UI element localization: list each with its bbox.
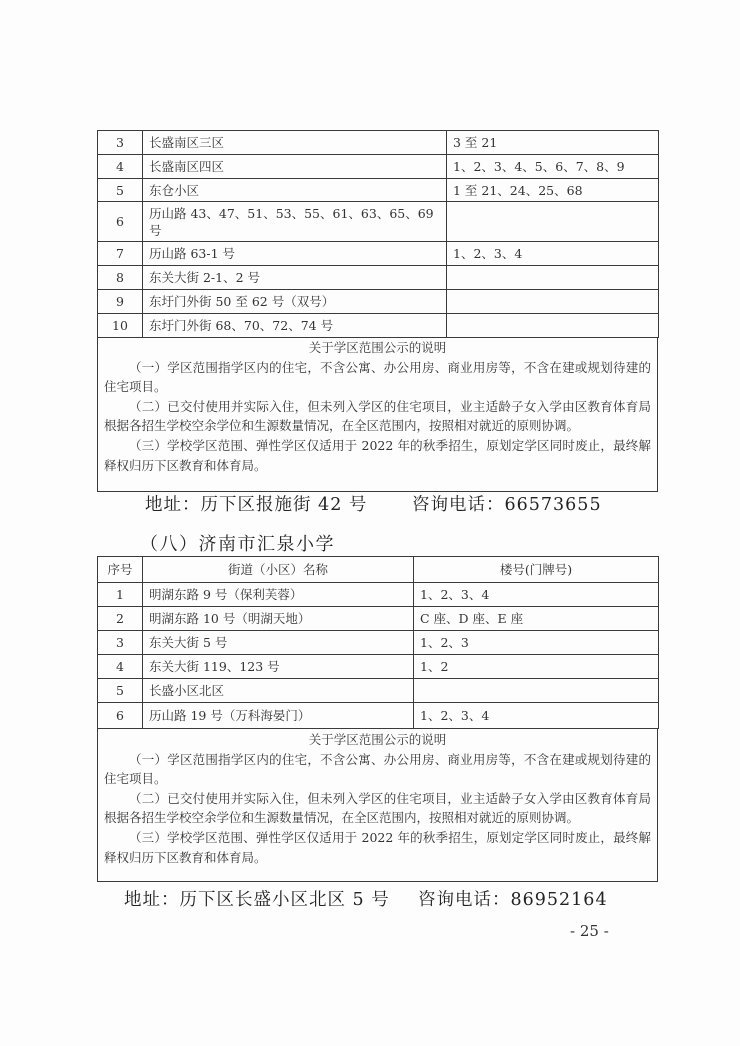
table-row: 1 明湖东路 9 号（保利芙蓉） 1、2、3、4: [98, 583, 659, 607]
building-numbers: [447, 290, 659, 314]
row-number: 3: [98, 131, 143, 155]
notes-item-3: （三）学校学区范围、弹性学区仅适用于 2022 年的秋季招生，原划定学区同时废止…: [104, 828, 651, 867]
table-row: 4 长盛南区四区 1、2、3、4、5、6、7、8、9: [98, 155, 659, 179]
street-name: 东仓小区: [143, 179, 447, 202]
street-name: 长盛南区四区: [143, 155, 447, 179]
column-header-buildings: 楼号(门牌号): [414, 557, 659, 583]
notes-item-2: （二）已交付使用并实际入住，但未列入学区的住宅项目，业主适龄子女入学由区教育体育…: [104, 397, 651, 436]
row-number: 4: [98, 155, 143, 179]
street-name: 长盛南区三区: [143, 131, 447, 155]
row-number: 6: [98, 202, 143, 242]
street-name: 东关大街 119、123 号: [143, 655, 414, 679]
district-notes-box: 关于学区范围公示的说明 （一）学区范围指学区内的住宅，不含公寓、办公用房、商业用…: [97, 729, 658, 882]
table-row: 3 长盛南区三区 3 至 21: [98, 131, 659, 155]
row-number: 6: [98, 703, 143, 729]
school-district-table-continued: 3 长盛南区三区 3 至 21 4 长盛南区四区 1、2、3、4、5、6、7、8…: [97, 130, 659, 338]
school-phone: 咨询电话：86952164: [418, 886, 608, 911]
row-number: 9: [98, 290, 143, 314]
table-row: 3 东关大街 5 号 1、2、3: [98, 631, 659, 655]
table-row: 5 长盛小区北区: [98, 679, 659, 703]
row-number: 10: [98, 314, 143, 338]
table-row: 6 历山路 43、47、51、53、55、61、63、65、69 号: [98, 202, 659, 242]
row-number: 1: [98, 583, 143, 607]
row-number: 3: [98, 631, 143, 655]
column-header-street: 街道（小区）名称: [143, 557, 414, 583]
street-name: 东关大街 2-1、2 号: [143, 266, 447, 290]
building-numbers: 1、2: [414, 655, 659, 679]
notes-item-1: （一）学区范围指学区内的住宅，不含公寓、办公用房、商业用房等，不含在建或规划待建…: [104, 358, 651, 397]
school-address: 地址：历下区报施街 42 号: [145, 491, 367, 516]
building-numbers: C 座、D 座、E 座: [414, 607, 659, 631]
page-number: - 25 -: [570, 922, 609, 940]
street-name: 历山路 63-1 号: [143, 242, 447, 266]
street-name: 东圩门外街 68、70、72、74 号: [143, 314, 447, 338]
building-numbers: 1、2、3、4: [414, 703, 659, 729]
school-district-table: 序号 街道（小区）名称 楼号(门牌号) 1 明湖东路 9 号（保利芙蓉） 1、2…: [97, 556, 659, 729]
table-row: 10 东圩门外街 68、70、72、74 号: [98, 314, 659, 338]
building-numbers: 1 至 21、24、25、68: [447, 179, 659, 202]
school-phone: 咨询电话：66573655: [412, 491, 602, 516]
notes-item-3: （三）学校学区范围、弹性学区仅适用于 2022 年的秋季招生，原划定学区同时废止…: [104, 436, 651, 475]
table-row: 9 东圩门外街 50 至 62 号（双号）: [98, 290, 659, 314]
column-header-no: 序号: [98, 557, 143, 583]
building-numbers: [447, 202, 659, 242]
street-name: 长盛小区北区: [143, 679, 414, 703]
notes-item-1: （一）学区范围指学区内的住宅，不含公寓、办公用房、商业用房等，不含在建或规划待建…: [104, 750, 651, 789]
row-number: 2: [98, 607, 143, 631]
table-header-row: 序号 街道（小区）名称 楼号(门牌号): [98, 557, 659, 583]
notes-title: 关于学区范围公示的说明: [104, 338, 651, 358]
table-row: 6 历山路 19 号（万科海晏门） 1、2、3、4: [98, 703, 659, 729]
street-name: 明湖东路 9 号（保利芙蓉）: [143, 583, 414, 607]
building-numbers: [414, 679, 659, 703]
building-numbers: 3 至 21: [447, 131, 659, 155]
document-page: 3 长盛南区三区 3 至 21 4 长盛南区四区 1、2、3、4、5、6、7、8…: [0, 0, 740, 1046]
street-name: 明湖东路 10 号（明湖天地）: [143, 607, 414, 631]
table-row: 7 历山路 63-1 号 1、2、3、4: [98, 242, 659, 266]
table-row: 8 东关大街 2-1、2 号: [98, 266, 659, 290]
row-number: 7: [98, 242, 143, 266]
building-numbers: 1、2、3、4、5、6、7、8、9: [447, 155, 659, 179]
table-row: 4 东关大街 119、123 号 1、2: [98, 655, 659, 679]
street-name: 东关大街 5 号: [143, 631, 414, 655]
row-number: 8: [98, 266, 143, 290]
notes-item-2: （二）已交付使用并实际入住，但未列入学区的住宅项目，业主适龄子女入学由区教育体育…: [104, 789, 651, 828]
district-notes-box: 关于学区范围公示的说明 （一）学区范围指学区内的住宅，不含公寓、办公用房、商业用…: [97, 337, 658, 492]
street-name: 历山路 43、47、51、53、55、61、63、65、69 号: [143, 202, 447, 242]
table-row: 2 明湖东路 10 号（明湖天地） C 座、D 座、E 座: [98, 607, 659, 631]
building-numbers: 1、2、3、4: [447, 242, 659, 266]
building-numbers: 1、2、3: [414, 631, 659, 655]
notes-title: 关于学区范围公示的说明: [104, 730, 651, 750]
building-numbers: 1、2、3、4: [414, 583, 659, 607]
street-name: 东圩门外街 50 至 62 号（双号）: [143, 290, 447, 314]
section-title: （八）济南市汇泉小学: [140, 530, 335, 556]
street-name: 历山路 19 号（万科海晏门）: [143, 703, 414, 729]
building-numbers: [447, 266, 659, 290]
row-number: 4: [98, 655, 143, 679]
building-numbers: [447, 314, 659, 338]
school-address: 地址：历下区长盛小区北区 5 号: [124, 886, 390, 911]
row-number: 5: [98, 679, 143, 703]
row-number: 5: [98, 179, 143, 202]
table-row: 5 东仓小区 1 至 21、24、25、68: [98, 179, 659, 202]
